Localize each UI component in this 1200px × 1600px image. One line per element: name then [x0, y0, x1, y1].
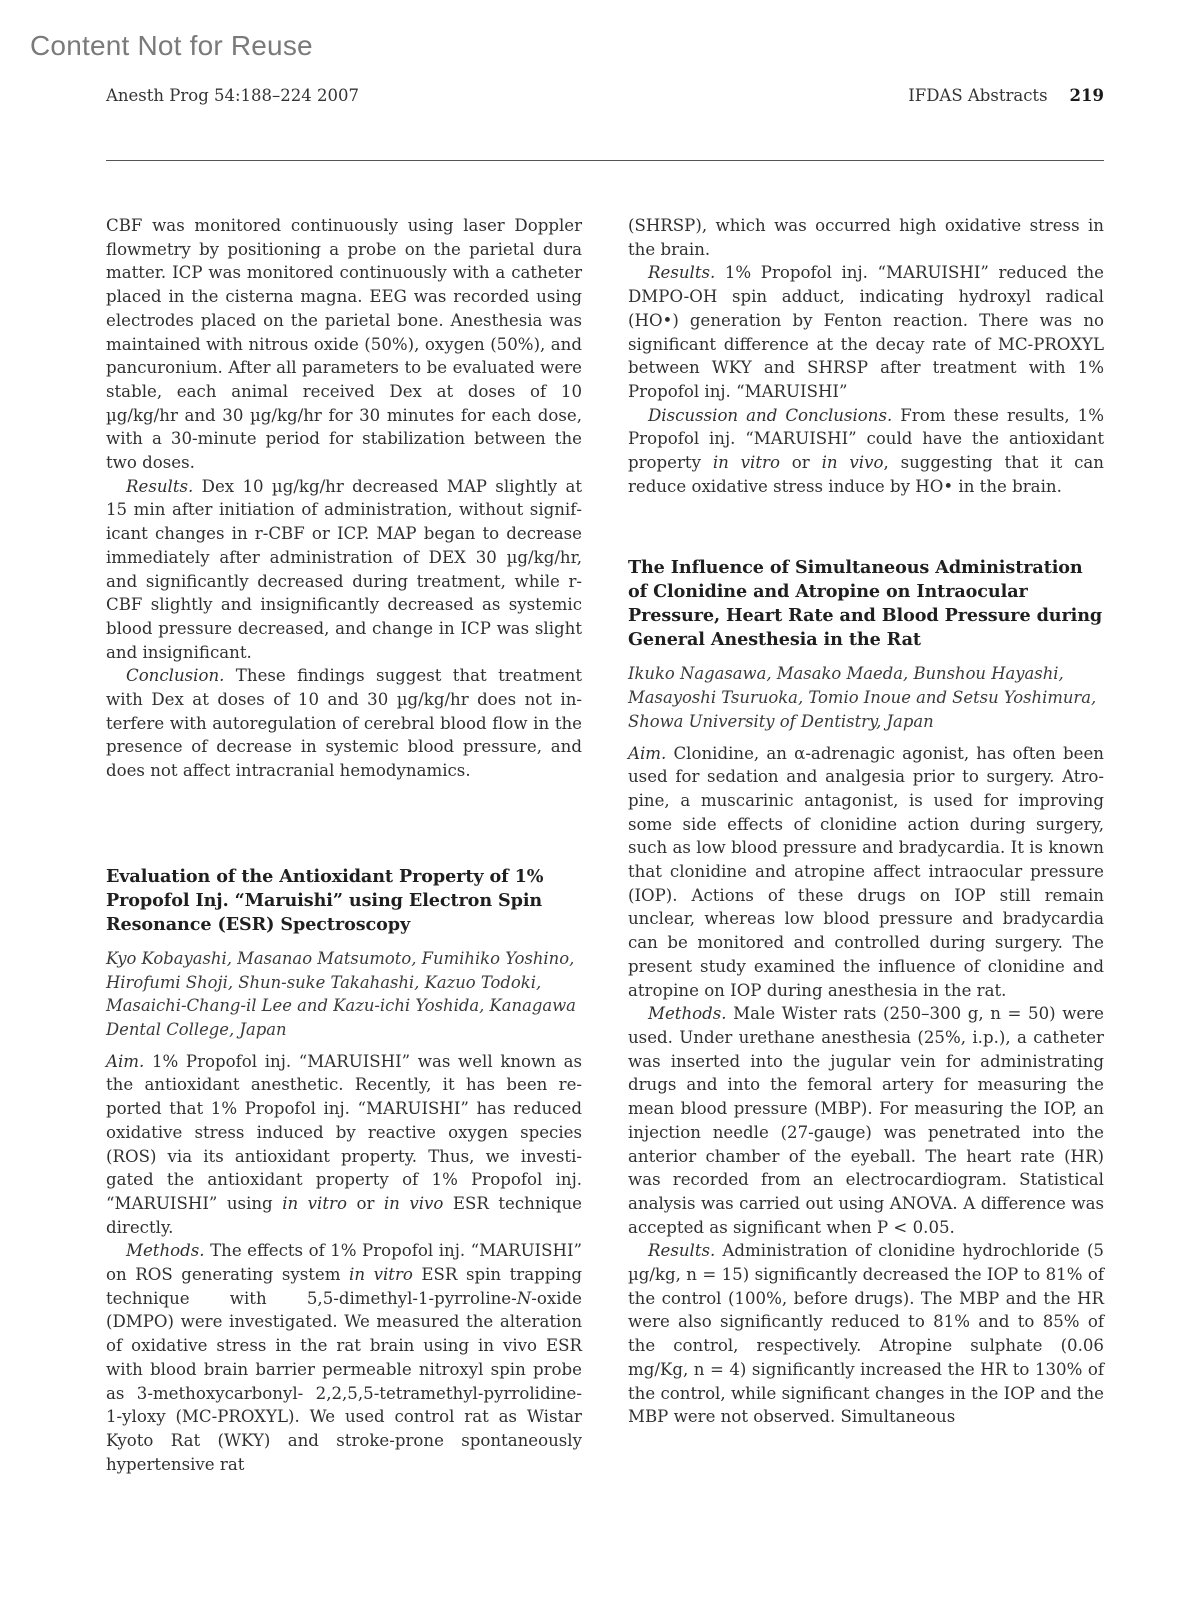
- methods-label: Methods.: [648, 1004, 727, 1023]
- article-authors: Ikuko Nagasawa, Masako Maeda, Bunshou Ha…: [628, 662, 1104, 733]
- page-number: 219: [1070, 86, 1104, 105]
- article-title: Evaluation of the Antioxidant Property o…: [106, 865, 582, 937]
- results-text: Dex 10 µg/kg/hr decreased MAP slightly a…: [106, 477, 582, 662]
- section-name: IFDAS Abstracts: [908, 86, 1047, 105]
- in-vivo-term: in vivo: [822, 453, 884, 472]
- methods-text: -oxide (DMPO) were investigated. We meas…: [106, 1289, 582, 1474]
- aim-text: Clonidine, an α-adrenagic agonist, has o…: [628, 744, 1104, 1000]
- aim-text: 1% Propofol inj. “MARUISHI” was well kno…: [106, 1052, 582, 1213]
- conclusion-label: Conclusion.: [126, 666, 224, 685]
- article-title: The Influence of Simultaneous Administra…: [628, 556, 1104, 652]
- continued-paragraph: CBF was monitored continuously using las…: [106, 214, 582, 475]
- left-column: CBF was monitored continuously using las…: [106, 214, 582, 1476]
- article-authors: Kyo Kobayashi, Masanao Matsumoto, Fumihi…: [106, 947, 582, 1042]
- discussion-label: Discussion and Conclusions.: [648, 406, 892, 425]
- methods-paragraph: Methods. The effects of 1% Propofol inj.…: [106, 1239, 582, 1476]
- running-head: Anesth Prog 54:188–224 2007 IFDAS Abstra…: [106, 86, 1104, 110]
- in-vitro-term: in vitro: [713, 453, 780, 472]
- results-label: Results.: [648, 1241, 715, 1260]
- results-text: 1% Propofol inj. “MARUISHI” reduced the …: [628, 263, 1104, 401]
- aim-label: Aim.: [106, 1052, 144, 1071]
- header-rule: [106, 160, 1104, 161]
- methods-label: Methods.: [126, 1241, 205, 1260]
- results-paragraph: Results. 1% Propofol inj. “MARUISHI” red…: [628, 261, 1104, 403]
- discussion-paragraph: Discussion and Conclusions. From these r…: [628, 404, 1104, 499]
- journal-citation: Anesth Prog 54:188–224 2007: [106, 86, 359, 105]
- discussion-text: or: [780, 453, 822, 472]
- aim-text: or: [347, 1194, 384, 1213]
- right-column: (SHRSP), which was occurred high oxidati…: [628, 214, 1104, 1429]
- n-oxide-term: N: [517, 1289, 532, 1308]
- in-vitro-term: in vitro: [349, 1265, 413, 1284]
- in-vivo-term: in vivo: [384, 1194, 444, 1213]
- results-text: Administration of clonidine hydrochlorid…: [628, 1241, 1104, 1426]
- results-label: Results.: [126, 477, 193, 496]
- aim-paragraph: Aim. Clonidine, an α-adrenagic agonist, …: [628, 742, 1104, 1003]
- continued-paragraph: (SHRSP), which was occurred high oxidati…: [628, 214, 1104, 261]
- results-paragraph: Results. Dex 10 µg/kg/hr decreased MAP s…: [106, 475, 582, 665]
- spacer: [628, 498, 1104, 556]
- conclusion-paragraph: Conclusion. These findings suggest that …: [106, 664, 582, 783]
- spacer: [106, 783, 582, 865]
- methods-paragraph: Methods. Male Wister rats (250–300 g, n …: [628, 1002, 1104, 1239]
- results-label: Results.: [648, 263, 715, 282]
- running-head-right: IFDAS Abstracts219: [908, 86, 1104, 105]
- in-vitro-term: in vitro: [282, 1194, 347, 1213]
- results-paragraph: Results. Administration of clonidine hyd…: [628, 1239, 1104, 1429]
- aim-paragraph: Aim. 1% Propofol inj. “MARUISHI” was wel…: [106, 1050, 582, 1240]
- methods-text: Male Wister rats (250–300 g, n = 50) wer…: [628, 1004, 1104, 1236]
- aim-label: Aim.: [628, 744, 666, 763]
- watermark: Content Not for Reuse: [30, 30, 313, 62]
